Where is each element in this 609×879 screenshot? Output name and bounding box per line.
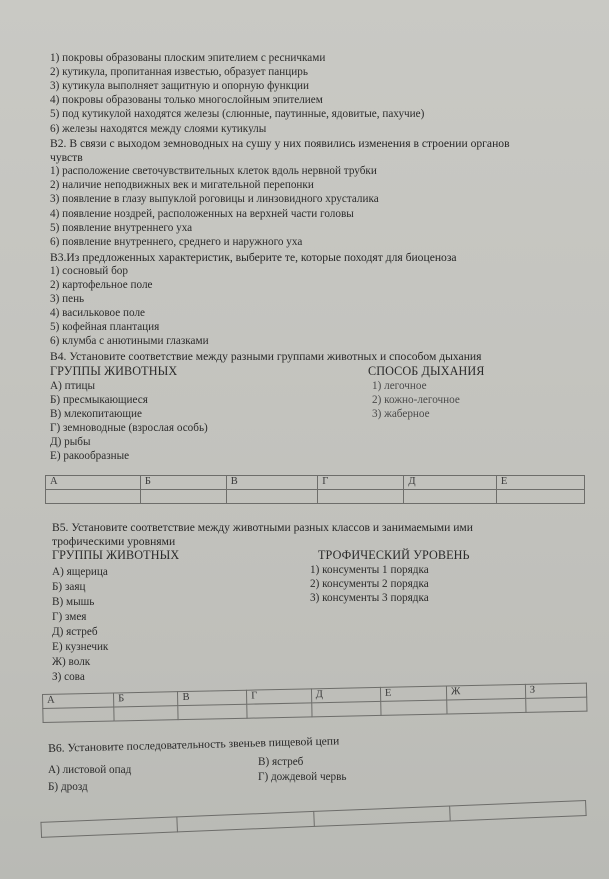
answer-input-cell[interactable] xyxy=(496,490,584,504)
b5-animal: Г) змея xyxy=(52,611,86,624)
b3-option: 2) картофельное поле xyxy=(50,279,153,292)
answer-input-cell[interactable] xyxy=(404,490,496,504)
b5-trophic-level: 2) консументы 2 порядка xyxy=(310,578,429,591)
b2-question-cont: чувств xyxy=(50,151,83,164)
answer-input-cell[interactable] xyxy=(313,806,450,826)
answer-header-cell: Г xyxy=(247,689,312,704)
b3-option: 6) клумба с анютиными глазками xyxy=(50,335,209,348)
answer-input-cell[interactable] xyxy=(226,490,318,504)
b5-left-header: ГРУППЫ ЖИВОТНЫХ xyxy=(52,549,179,562)
b4-animal-group: В) млекопитающие xyxy=(50,408,142,421)
answer-header-cell: Б xyxy=(114,692,179,707)
b2-option: 3) появление в глазу выпуклой роговицы и… xyxy=(50,193,379,206)
b6-item: Г) дождевой червь xyxy=(258,771,347,784)
b1-option: 3) кутикула выполняет защитную и опорную… xyxy=(50,80,309,93)
b6-answer-table xyxy=(40,800,586,838)
answer-header-cell: Б xyxy=(140,476,226,490)
b1-option: 1) покровы образованы плоским эпителием … xyxy=(50,52,325,65)
b1-option: 4) покровы образованы только многослойны… xyxy=(50,94,323,107)
b5-animal: Ж) волк xyxy=(52,656,90,669)
b3-option: 5) кофейная плантация xyxy=(50,321,159,334)
b4-question: В4. Установите соответствие между разным… xyxy=(50,350,481,363)
b3-question: В3.Из предложенных характеристик, выбери… xyxy=(50,251,457,264)
b5-trophic-level: 1) консументы 1 порядка xyxy=(310,564,429,577)
b5-answer-table: А Б В Г Д Е Ж З xyxy=(42,683,587,723)
answer-input-cell[interactable] xyxy=(43,707,114,722)
b5-animal: Е) кузнечик xyxy=(52,641,108,654)
b4-breathing-type: 1) легочное xyxy=(372,380,427,393)
b6-item: Б) дрозд xyxy=(48,781,88,794)
b4-animal-group: А) птицы xyxy=(50,380,95,393)
b4-animal-group: Б) пресмыкающиеся xyxy=(50,394,148,407)
b5-animal: Б) заяц xyxy=(52,581,85,594)
b2-option: 5) появление внутреннего уха xyxy=(50,222,192,235)
answer-input-cell[interactable] xyxy=(177,811,314,831)
b6-item: В) ястреб xyxy=(258,756,303,769)
answer-input-cell[interactable] xyxy=(46,490,141,504)
answer-header-cell: А xyxy=(43,693,114,708)
b5-animal: В) мышь xyxy=(52,596,94,609)
answer-header-cell: Д xyxy=(404,476,496,490)
b5-question: В5. Установите соответствие между животн… xyxy=(52,521,473,534)
answer-input-cell[interactable] xyxy=(526,697,587,712)
b2-option: 6) появление внутреннего, среднего и нар… xyxy=(50,236,302,249)
answer-input-cell[interactable] xyxy=(178,704,247,719)
b2-option: 2) наличие неподвижных век и мигательной… xyxy=(50,179,314,192)
answer-header-cell: А xyxy=(46,476,141,490)
b2-option: 4) появление ноздрей, расположенных на в… xyxy=(50,208,354,221)
answer-header-cell: Г xyxy=(318,476,404,490)
b6-question: В6. Установите последовательность звенье… xyxy=(48,734,339,755)
answer-header-cell: З xyxy=(525,683,586,698)
b5-trophic-level: 3) консументы 3 порядка xyxy=(310,592,429,605)
b5-right-header: ТРОФИЧЕСКИЙ УРОВЕНЬ xyxy=(318,549,470,562)
answer-header-cell: В xyxy=(226,476,318,490)
b5-question-cont: трофическими уровнями xyxy=(52,535,175,548)
b3-option: 3) пень xyxy=(50,293,84,306)
b1-option: 2) кутикула, пропитанная известью, образ… xyxy=(50,66,308,79)
answer-header-cell: Д xyxy=(311,687,381,702)
b4-answer-input-row xyxy=(46,490,585,504)
b4-animal-group: Г) земноводные (взрослая особь) xyxy=(50,422,208,435)
answer-input-cell[interactable] xyxy=(41,817,178,837)
answer-input-cell[interactable] xyxy=(114,706,179,721)
answer-header-cell: Е xyxy=(380,686,446,701)
answer-input-cell[interactable] xyxy=(247,703,312,718)
b6-answer-row xyxy=(41,801,586,838)
b4-animal-group: Д) рыбы xyxy=(50,436,90,449)
b6-item: А) листовой опад xyxy=(48,764,131,777)
answer-header-cell: Е xyxy=(496,476,584,490)
b3-option: 4) васильковое поле xyxy=(50,307,145,320)
b4-animal-group: Е) ракообразные xyxy=(50,450,129,463)
b1-option: 6) железы находятся между слоями кутикул… xyxy=(50,123,266,136)
b1-option: 5) под кутикулой находятся железы (слюнн… xyxy=(50,108,424,121)
b5-animal: А) ящерица xyxy=(52,566,108,579)
b2-question: В2. В связи с выходом земноводных на суш… xyxy=(50,137,510,150)
b5-animal: Д) ястреб xyxy=(52,626,98,639)
answer-input-cell[interactable] xyxy=(311,701,381,716)
b4-breathing-type: 3) жаберное xyxy=(372,408,430,421)
answer-input-cell[interactable] xyxy=(447,698,526,714)
b5-animal: З) сова xyxy=(52,671,85,684)
answer-input-cell[interactable] xyxy=(381,700,447,715)
b2-option: 1) расположение светочувствительных клет… xyxy=(50,165,377,178)
b3-option: 1) сосновый бор xyxy=(50,265,128,278)
answer-input-cell[interactable] xyxy=(449,801,586,821)
worksheet-page: 1) покровы образованы плоским эпителием … xyxy=(0,0,609,879)
b4-answer-header-row: А Б В Г Д Е xyxy=(46,476,585,490)
b4-left-header: ГРУППЫ ЖИВОТНЫХ xyxy=(50,365,177,378)
b4-answer-table: А Б В Г Д Е xyxy=(45,475,585,504)
answer-header-cell: В xyxy=(178,690,247,705)
answer-input-cell[interactable] xyxy=(318,490,404,504)
answer-input-cell[interactable] xyxy=(140,490,226,504)
b4-breathing-type: 2) кожно-легочное xyxy=(372,394,460,407)
b4-right-header: СПОСОБ ДЫХАНИЯ xyxy=(368,365,485,378)
